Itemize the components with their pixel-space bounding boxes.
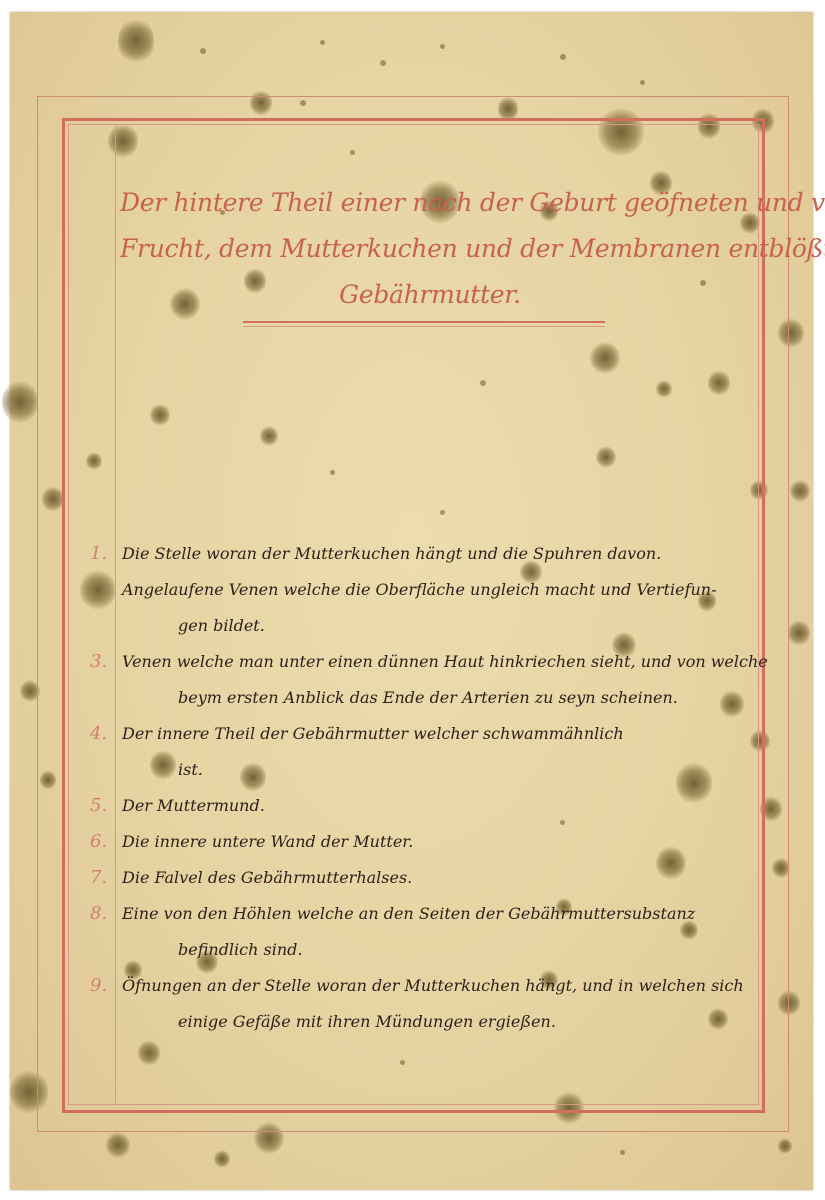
item-number: 6.: [90, 824, 112, 860]
legend-item: 7. Die Falvel des Gebährmutterhalses.: [0, 860, 825, 896]
title-line: Der hintere Theil einer nach der Geburt …: [120, 180, 740, 226]
item-number: 3.: [90, 644, 112, 680]
item-text: Die Stelle woran der Mutterkuchen hängt …: [122, 536, 661, 572]
legend-item: 8. Eine von den Höhlen welche an den Sei…: [0, 896, 825, 968]
title-line: Frucht, dem Mutterkuchen und der Membran…: [120, 226, 740, 272]
legend-item: 6. Die innere untere Wand der Mutter.: [0, 824, 825, 860]
item-text: Angelaufene Venen welche die Oberfläche …: [122, 572, 717, 608]
item-number: 5.: [90, 788, 112, 824]
item-text-continuation: gen bildet.: [178, 608, 265, 644]
item-text-continuation: einige Gefäße mit ihren Mündungen ergieß…: [178, 1004, 556, 1040]
item-text: Die Falvel des Gebährmutterhalses.: [122, 860, 412, 896]
legend-item: Angelaufene Venen welche die Oberfläche …: [0, 572, 825, 644]
legend-item: 1. Die Stelle woran der Mutterkuchen hän…: [0, 536, 825, 572]
item-number: 1.: [90, 536, 112, 572]
item-number: 8.: [90, 896, 112, 932]
item-text: Der innere Theil der Gebährmutter welche…: [122, 716, 624, 752]
item-text: Venen welche man unter einen dünnen Haut…: [122, 644, 768, 680]
item-text-continuation: beym ersten Anblick das Ende der Arterie…: [178, 680, 678, 716]
legend-item: 9. Öfnungen an der Stelle woran der Mutt…: [0, 968, 825, 1040]
legend-list: 1. Die Stelle woran der Mutterkuchen hän…: [0, 536, 825, 1040]
item-text-continuation: befindlich sind.: [178, 932, 302, 968]
legend-item: 5. Der Muttermund.: [0, 788, 825, 824]
item-number: 7.: [90, 860, 112, 896]
document-title: Der hintere Theil einer nach der Geburt …: [120, 180, 740, 318]
title-line: Gebährmutter.: [120, 272, 740, 318]
item-number: 9.: [90, 968, 112, 1004]
item-text: Eine von den Höhlen welche an den Seiten…: [122, 896, 695, 932]
legend-item: 3. Venen welche man unter einen dünnen H…: [0, 644, 825, 716]
title-underline: [243, 321, 605, 327]
item-number: 4.: [90, 716, 112, 752]
legend-item: 4. Der innere Theil der Gebährmutter wel…: [0, 716, 825, 788]
item-text: Öfnungen an der Stelle woran der Mutterk…: [122, 968, 744, 1004]
item-text: Der Muttermund.: [122, 788, 265, 824]
item-text-continuation: ist.: [178, 752, 203, 788]
item-text: Die innere untere Wand der Mutter.: [122, 824, 413, 860]
